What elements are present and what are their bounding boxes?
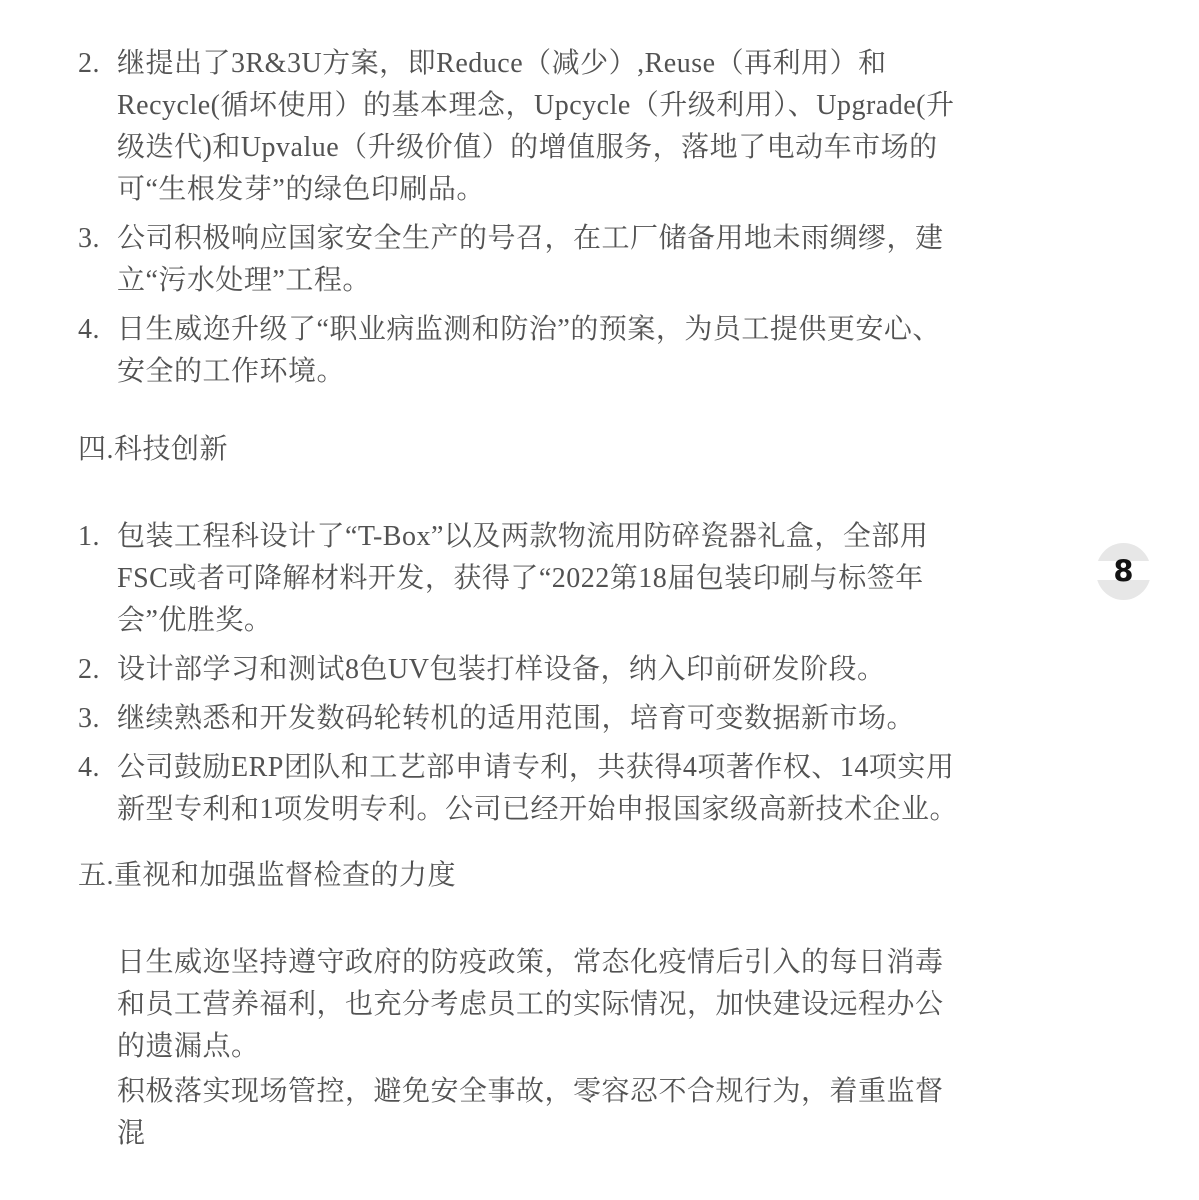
list-item: 3. 继续熟悉和开发数码轮转机的适用范围，培育可变数据新市场。: [78, 698, 978, 740]
list-item-number: 4.: [78, 747, 117, 789]
list-item-text: 设计部学习和测试8色UV包装打样设备，纳入印前研发阶段。: [117, 649, 968, 691]
list-item-text: 继续熟悉和开发数码轮转机的适用范围，培育可变数据新市场。: [117, 698, 968, 740]
list-item-number: 1.: [78, 516, 117, 558]
list-item-text: 继提出了3R&3U方案，即Reduce（减少）,Reuse（再利用）和Recyc…: [117, 43, 968, 211]
document-page: 2. 继提出了3R&3U方案，即Reduce（减少）,Reuse（再利用）和Re…: [78, 43, 978, 1158]
list-item: 2. 设计部学习和测试8色UV包装打样设备，纳入印前研发阶段。: [78, 649, 978, 691]
list-item-text: 公司鼓励ERP团队和工艺部申请专利，共获得4项著作权、14项实用新型专利和1项发…: [117, 747, 968, 831]
list-item: 4. 公司鼓励ERP团队和工艺部申请专利，共获得4项著作权、14项实用新型专利和…: [78, 747, 978, 831]
section-heading-tech-innovation: 四.科技创新: [78, 429, 978, 471]
section-heading-supervision: 五.重视和加强监督检查的力度: [78, 855, 978, 897]
list-item: 1. 包装工程科设计了“T-Box”以及两款物流用防碎瓷器礼盒，全部用FSC或者…: [78, 516, 978, 642]
paragraph-block: 日生威迩坚持遵守政府的防疫政策，常态化疫情后引入的每日消毒和员工营养福利，也充分…: [117, 942, 968, 1155]
list-item-number: 3.: [78, 698, 117, 740]
list-item-text: 日生威迩升级了“职业病监测和防治”的预案，为员工提供更安心、安全的工作环境。: [117, 309, 968, 393]
page-number: 8: [1096, 557, 1151, 586]
page-number-badge: 8: [1096, 543, 1151, 600]
list-item-text: 公司积极响应国家安全生产的号召，在工厂储备用地未雨绸缪，建立“污水处理”工程。: [117, 218, 968, 302]
paragraph: 积极落实现场管控，避免安全事故，零容忍不合规行为，着重监督混: [117, 1071, 968, 1155]
list-section-tech-innovation: 1. 包装工程科设计了“T-Box”以及两款物流用防碎瓷器礼盒，全部用FSC或者…: [78, 516, 978, 831]
list-item: 4. 日生威迩升级了“职业病监测和防治”的预案，为员工提供更安心、安全的工作环境…: [78, 309, 978, 393]
list-item-number: 3.: [78, 218, 117, 260]
list-item-number: 4.: [78, 309, 117, 351]
list-item-number: 2.: [78, 649, 117, 691]
list-item: 2. 继提出了3R&3U方案，即Reduce（减少）,Reuse（再利用）和Re…: [78, 43, 978, 211]
list-section-responsibility: 2. 继提出了3R&3U方案，即Reduce（减少）,Reuse（再利用）和Re…: [78, 43, 978, 393]
paragraph: 日生威迩坚持遵守政府的防疫政策，常态化疫情后引入的每日消毒和员工营养福利，也充分…: [117, 942, 968, 1068]
list-item-number: 2.: [78, 43, 117, 85]
list-item: 3. 公司积极响应国家安全生产的号召，在工厂储备用地未雨绸缪，建立“污水处理”工…: [78, 218, 978, 302]
list-item-text: 包装工程科设计了“T-Box”以及两款物流用防碎瓷器礼盒，全部用FSC或者可降解…: [117, 516, 968, 642]
